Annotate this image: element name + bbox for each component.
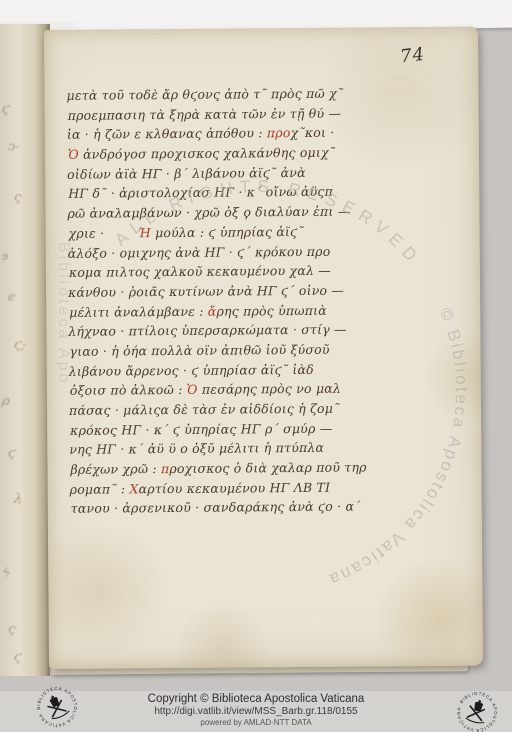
ink-bleed-fragment: ϛ; <box>13 337 27 353</box>
ink-bleed-fragment: ς <box>7 622 16 638</box>
manuscript-line: κρόκος ΗΓ · κ΄ ϛ ὑπηρίας ΗΓ ρ΄ σμύρ — <box>69 420 337 442</box>
manuscript-line: προεμπασιη τὰ ξηρὰ κατὰ τῶν ἐν τῇ θύ — <box>67 105 335 127</box>
digitized-manuscript-scan: ϛͻ·ςϧͼϛ;ρϛλϟςϛ 74 μετὰ τοῦ τοδὲ ἄρ θϛονς… <box>0 0 512 732</box>
ink-bleed-fragment: ϧ <box>1 248 9 265</box>
ink-bleed-fragment: ϟ <box>1 565 12 581</box>
ink-bleed-fragment: ϛ <box>13 650 22 666</box>
manuscript-line: Ὁ ἀνδρόγοσ προχισκος χαλκάνθης ομιχ῀ <box>67 145 335 167</box>
manuscript-line: λιβάνου ἄρρενος · ϛ ὑπηρίασ ἀϊϛ῀ ἰὰδ <box>69 361 337 383</box>
facing-page-edge: ϛͻ·ςϧͼϛ;ρϛλϟςϛ <box>0 24 50 676</box>
manuscript-line: μετὰ τοῦ τοδὲ ἄρ θϛονς ἀπὸ τ῀ πρὸς πῶ χ῀ <box>66 86 334 108</box>
manuscript-line: οἰδίων ἀϊὰ ΗΓ · β΄ λιβάνου ἀϊϛ῀ ἀνὰ <box>67 164 335 186</box>
manuscript-line: χριε · Ή μούλα : ϛ ὑπηρίας ἀϊϛ῀ <box>68 224 336 246</box>
ink-bleed-fragment: ρ <box>1 394 11 410</box>
manuscript-line: κομα πιλτος χαλκοῦ κεκαυμένου χαλ — <box>68 263 336 285</box>
ink-bleed-fragment: ͻ· <box>7 139 20 155</box>
manuscript-page: 74 μετὰ τοῦ τοδὲ ἄρ θϛονς ἀπὸ τ῀ πρὸς πῶ… <box>44 27 483 669</box>
manuscript-line: μέλιτι ἀναλάμβανε : ἄρης πρὸς ὑπωπιὰ <box>68 302 336 324</box>
papal-tiara-keys-emblem <box>465 698 489 725</box>
papal-tiara-keys-emblem <box>43 692 70 721</box>
manuscript-line: ἁλόξο · ομιχνης ἀνὰ ΗΓ · ϛ΄ κρόκου προ <box>68 243 336 265</box>
manuscript-line: βρέχων χρῶ : προχισκος ὁ διὰ χαλαρ ποῦ τ… <box>69 460 337 482</box>
manuscript-line: ὀξοισ πὸ ἀλκοῶ : Ὁ πεσάρης πρὸς νο μαλ <box>69 381 337 403</box>
manuscript-line: γιαο · ἡ ὀήα πολλὰ οϊν ἀπιθῶ ἰοῦ ξύσοῦ <box>68 342 336 364</box>
manuscript-line: ρῶ ἀναλαμβάνων · χρῶ ὀξ ϙ διαλύαν ἐπι — <box>67 204 335 226</box>
manuscript-line: ρομαπ῀ : Χαρτίου κεκαυμένου ΗΓ ΛΒ ΤΙ <box>70 479 338 501</box>
ink-bleed-fragment: λ <box>13 491 23 507</box>
ink-bleed-fragment: ς <box>13 190 22 206</box>
manuscript-line: ΗΓ δ῀ · ἀριστολοχίασ ΗΓ · κ΄ οἴνω ἀϋςπ <box>67 184 335 206</box>
manuscript-line: τανου · ἀρσενικοῦ · σανδαράκης ἀνὰ ϛο · … <box>70 499 338 521</box>
manuscript-line: πάσας · μάλιςα δὲ τὰσ ἐν αἰδδίοις ἡ ζομ῀ <box>69 401 337 423</box>
manuscript-line: ἰα · ἡ ζῶν ε κλθανας ἀπόθου : προχ῀κοι · <box>67 125 335 147</box>
folio-number: 74 <box>399 44 426 68</box>
manuscript-text: μετὰ τοῦ τοδὲ ἄρ θϛονς ἀπὸ τ῀ πρὸς πῶ χ῀… <box>66 86 337 521</box>
manuscript-line: νης ΗΓ · κ΄ ἀϋ ϋ ο ὀξῡ μέλιτι ἡ πτύπλα <box>69 440 337 462</box>
manuscript-line: κάνθου · ῥοιᾶς κυτίνων ἀνὰ ΗΓ ϛ΄ οἰνο — <box>68 283 336 305</box>
manuscript-line: λήχναο · πτίλοις ὑπερσαρκώματα · στίγ — <box>68 322 336 344</box>
ink-bleed-fragment: ϛ <box>1 102 10 118</box>
ink-bleed-fragment: ϛ <box>7 446 16 462</box>
ink-bleed-fragment: ͼ <box>7 290 16 306</box>
